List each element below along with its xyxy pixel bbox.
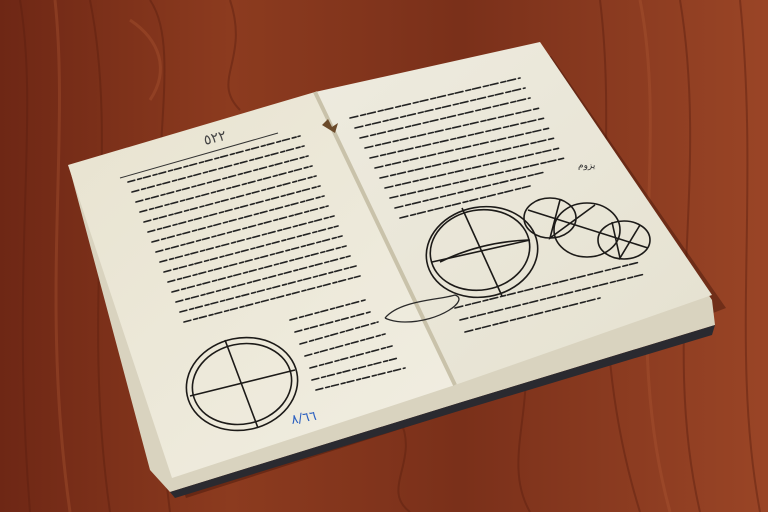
manuscript-photo: ٥٢٢ ٨/٦٦ يزوم (0, 0, 768, 512)
margin-note: يزوم (578, 161, 596, 171)
photo-canvas: ٥٢٢ ٨/٦٦ يزوم (0, 0, 768, 512)
